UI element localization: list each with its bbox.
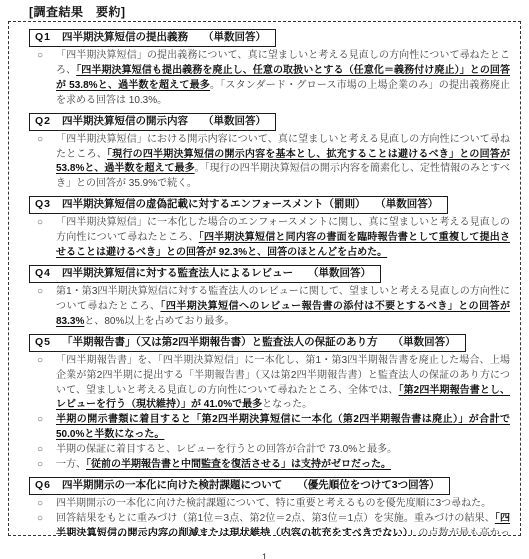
question-header-q3: Q3四半期決算短信の虚偽記載に対するエンフォースメント（罰則）（単数回答）: [29, 196, 448, 214]
question-label: Q3: [35, 198, 51, 210]
question-label: Q2: [35, 115, 51, 127]
question-label: Q4: [35, 267, 51, 279]
circle-bullet-marker: ○: [37, 497, 51, 512]
question-header-q4: Q4四半期決算短信に対する監査法人によるレビュー（単数回答）: [29, 265, 381, 283]
question-label: Q5: [35, 336, 51, 348]
text-run: 半期の保証に着目すると、レビューを行うとの回答が合計で 73.0%と最多。: [56, 444, 397, 455]
bullet-item: ○第1・第3四半期決算短信に対する監査法人のレビューに関して、望ましいと考える見…: [29, 285, 510, 330]
circle-bullet-marker: ○: [37, 413, 51, 428]
sections-container: Q1四半期決算短信の提出義務（単数回答）○「四半期決算短信」の提出義務について、…: [29, 27, 510, 536]
answer-type-label: （単数回答）: [308, 267, 371, 279]
page-number: 1: [0, 552, 529, 559]
circle-bullet-marker: ○: [37, 443, 51, 458]
bullet-text: 「四半期決算短信」に一本化した場合のエンフォースメントに関し、真に望ましいと考え…: [56, 216, 510, 261]
section-q3: Q3四半期決算短信の虚偽記載に対するエンフォースメント（罰則）（単数回答）○「四…: [29, 194, 510, 261]
bullet-item: ○一方、「従前の半期報告書と中間監査を復活させる」は支持がゼロだった。: [29, 458, 510, 473]
question-label: Q6: [35, 479, 51, 491]
question-title: 「半期報告書」（又は第2四半期報告書）と監査法人の保証のあり方: [62, 336, 378, 348]
question-title: 四半期開示の一本化に向けた検討課題について: [62, 479, 282, 491]
bullet-text: 四半期開示の一本化に向けた検討課題について、特に重要と考えるものを優先度順に3つ…: [56, 497, 510, 512]
answer-type-label: （単数回答）: [203, 31, 266, 43]
question-title: 四半期決算短信の虚偽記載に対するエンフォースメント（罰則）: [62, 198, 365, 210]
text-run: 回答結果をもとに重みづけ（第1位＝3点、第2位＝2点、第3位＝1点）を実施。重み…: [56, 513, 495, 524]
text-run: と、80%以上を占めており最多。: [84, 316, 234, 327]
question-title: 四半期決算短信の開示内容: [62, 115, 188, 127]
document-page: [調査結果 要約] Q1四半期決算短信の提出義務（単数回答）○「四半期決算短信」…: [0, 0, 529, 559]
section-q6: Q6四半期開示の一本化に向けた検討課題について（優先順位をつけて3つ回答）○四半…: [29, 475, 510, 536]
question-label: Q1: [35, 31, 51, 43]
section-q5: Q5「半期報告書」（又は第2四半期報告書）と監査法人の保証のあり方（単数回答）○…: [29, 332, 510, 473]
circle-bullet-marker: ○: [37, 216, 51, 231]
question-header-q2: Q2四半期決算短信の開示内容（単数回答）: [29, 113, 276, 131]
page-title: [調査結果 要約]: [29, 3, 126, 20]
bullet-item: ○「四半期報告書」を、「四半期決算短信」に一本化し、第1・第3四半期報告書を廃止…: [29, 354, 510, 414]
circle-bullet-marker: ○: [37, 512, 51, 527]
emphasized-text-run: 「従前の半期報告書と中間監査を復活させる」は支持がゼロだった。: [86, 459, 391, 470]
bullet-text: 第1・第3四半期決算短信に対する監査法人のレビューに関して、望ましいと考える見直…: [56, 285, 510, 330]
question-header-q6: Q6四半期開示の一本化に向けた検討課題について（優先順位をつけて3つ回答）: [29, 477, 450, 495]
bullet-text: 一方、「従前の半期報告書と中間監査を復活させる」は支持がゼロだった。: [56, 458, 510, 473]
bullet-item: ○回答結果をもとに重みづけ（第1位＝3点、第2位＝2点、第3位＝1点）を実施。重…: [29, 512, 510, 536]
section-q4: Q4四半期決算短信に対する監査法人によるレビュー（単数回答）○第1・第3四半期決…: [29, 263, 510, 330]
circle-bullet-marker: ○: [37, 49, 51, 64]
question-title: 四半期決算短信に対する監査法人によるレビュー: [62, 267, 293, 279]
bullet-item: ○半期の開示書類に着目すると「第2四半期決算短信に一本化（第2四半期報告書は廃止…: [29, 413, 510, 443]
bullet-text: 「四半期報告書」を、「四半期決算短信」に一本化し、第1・第3四半期報告書を廃止し…: [56, 354, 510, 414]
bullet-text: 「四半期決算短信」における開示内容について、真に望ましいと考える見直しの方向性に…: [56, 133, 510, 193]
bullet-item: ○「四半期決算短信」の提出義務について、真に望ましいと考える見直しの方向性につい…: [29, 49, 510, 109]
text-run: 四半期開示の一本化に向けた検討課題について、特に重要と考えるものを優先度順に3つ…: [56, 498, 491, 509]
bullet-item: ○半期の保証に着目すると、レビューを行うとの回答が合計で 73.0%と最多。: [29, 443, 510, 458]
bullet-item: ○四半期開示の一本化に向けた検討課題について、特に重要と考えるものを優先度順に3…: [29, 497, 510, 512]
survey-summary-box: Q1四半期決算短信の提出義務（単数回答）○「四半期決算短信」の提出義務について、…: [8, 21, 521, 536]
bullet-text: 「四半期決算短信」の提出義務について、真に望ましいと考える見直しの方向性について…: [56, 49, 510, 109]
bullet-item: ○「四半期決算短信」における開示内容について、真に望ましいと考える見直しの方向性…: [29, 133, 510, 193]
circle-bullet-marker: ○: [37, 133, 51, 148]
section-q1: Q1四半期決算短信の提出義務（単数回答）○「四半期決算短信」の提出義務について、…: [29, 27, 510, 109]
bullet-text: 回答結果をもとに重みづけ（第1位＝3点、第2位＝2点、第3位＝1点）を実施。重み…: [56, 512, 510, 536]
section-q2: Q2四半期決算短信の開示内容（単数回答）○「四半期決算短信」における開示内容につ…: [29, 111, 510, 193]
answer-type-label: （単数回答）: [393, 336, 456, 348]
bullet-item: ○「四半期決算短信」に一本化した場合のエンフォースメントに関し、真に望ましいと考…: [29, 216, 510, 261]
question-header-q1: Q1四半期決算短信の提出義務（単数回答）: [29, 29, 276, 47]
emphasized-text-run: 半期の開示書類に着目すると「第2四半期決算短信に一本化（第2四半期報告書は廃止）…: [56, 414, 510, 440]
bullet-text: 半期の開示書類に着目すると「第2四半期決算短信に一本化（第2四半期報告書は廃止）…: [56, 413, 510, 443]
question-title: 四半期決算短信の提出義務: [62, 31, 188, 43]
answer-type-label: （単数回答）: [380, 198, 438, 210]
circle-bullet-marker: ○: [37, 354, 51, 369]
text-run: となった。: [262, 399, 312, 410]
answer-type-label: （単数回答）: [203, 115, 266, 127]
text-run: 一方、: [56, 459, 86, 470]
circle-bullet-marker: ○: [37, 458, 51, 473]
circle-bullet-marker: ○: [37, 285, 51, 300]
answer-type-label: （優先順位をつけて3つ回答）: [297, 479, 439, 491]
bullet-text: 半期の保証に着目すると、レビューを行うとの回答が合計で 73.0%と最多。: [56, 443, 510, 458]
question-header-q5: Q5「半期報告書」（又は第2四半期報告書）と監査法人の保証のあり方（単数回答）: [29, 334, 466, 352]
